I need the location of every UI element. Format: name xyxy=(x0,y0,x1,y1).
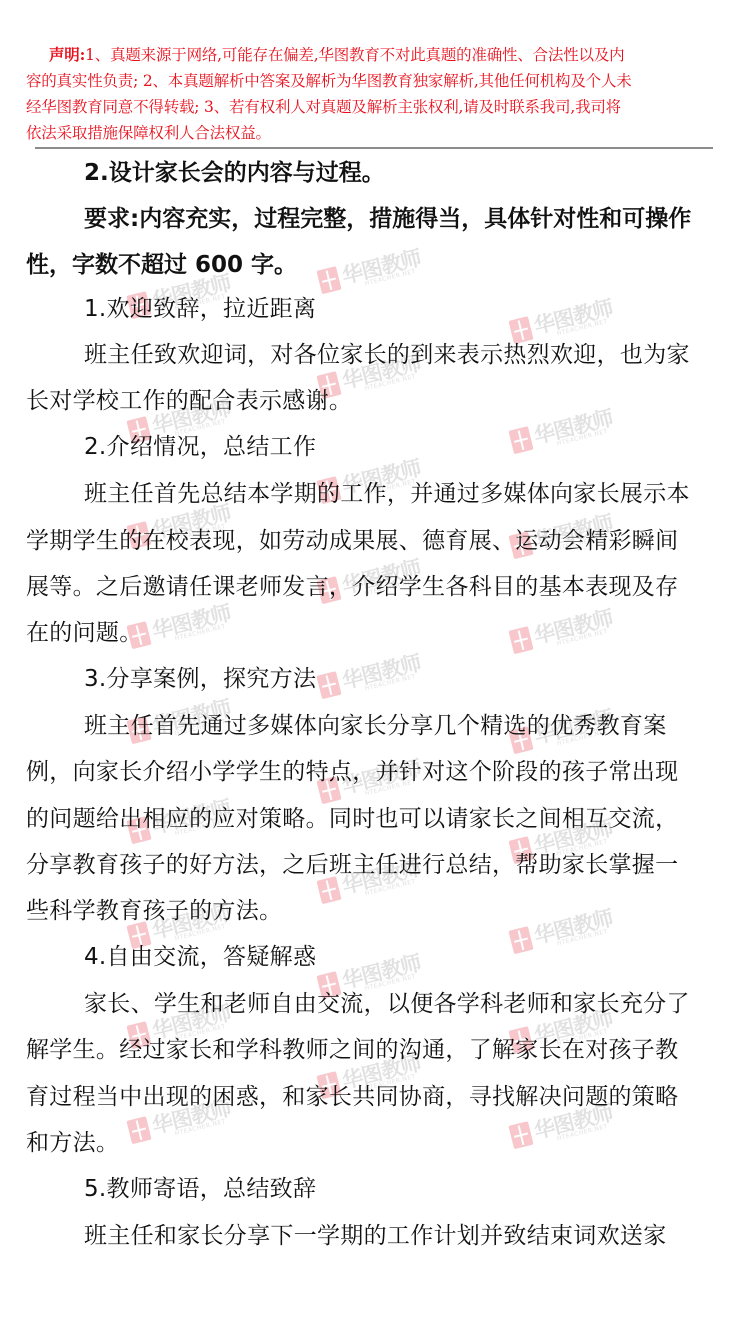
watermark-subtext: HTEACHER.NET xyxy=(364,878,416,897)
disclaimer-label: 声明: xyxy=(49,45,85,64)
paragraph-line: 分享教育孩子的好方法，之后班主任进行总结，帮助家长掌握一 xyxy=(26,850,678,880)
paragraph-line: 班主任和家长分享下一学期的工作计划并致结束词欢送家 xyxy=(84,1221,667,1251)
question-title: 2.设计家长会的内容与过程。 xyxy=(84,158,385,188)
paragraph-line: 些科学教育孩子的方法。 xyxy=(26,896,282,926)
paragraph-line: 班主任首先总结本学期的工作，并通过多媒体向家长展示本 xyxy=(84,479,690,509)
watermark-subtext: HTEACHER.NET xyxy=(556,928,608,947)
watermark: 华图教师HTEACHER.NET xyxy=(507,596,633,664)
watermark-text: 华图教师 xyxy=(149,597,234,645)
paragraph-line: 在的问题。 xyxy=(26,618,143,648)
paragraph-line: 家长、学生和老师自由交流，以便各学科老师和家长充分了 xyxy=(84,989,690,1019)
watermark-subtext: HTEACHER.NET xyxy=(364,373,416,392)
watermark: 华图教师HTEACHER.NET xyxy=(507,396,633,464)
watermark-logo-icon xyxy=(508,426,533,454)
watermark-logo-icon xyxy=(316,671,341,699)
watermark-subtext: HTEACHER.NET xyxy=(364,268,416,287)
watermark-text: 华图教师 xyxy=(531,292,616,340)
watermark-subtext: HTEACHER.NET xyxy=(556,628,608,647)
watermark-text: 华图教师 xyxy=(531,902,616,950)
paragraph-line: 班主任首先通过多媒体向家长分享几个精选的优秀教育案 xyxy=(84,711,667,741)
paragraph-line: 育过程当中出现的困惑，和家长共同协商，寻找解决问题的策略 xyxy=(26,1082,678,1112)
section-heading: 5.教师寄语，总结致辞 xyxy=(84,1174,316,1204)
watermark-text: 华图教师 xyxy=(531,402,616,450)
paragraph-line: 学期学生的在校表现，如劳动成果展、德育展、运动会精彩瞬间 xyxy=(26,526,678,556)
watermark: 华图教师HTEACHER.NET xyxy=(315,641,441,709)
disclaimer-line: 声明:1、真题来源于网络,可能存在偏差,华图教育不对此真题的准确性、合法性以及内 xyxy=(26,42,716,68)
watermark-text: 华图教师 xyxy=(339,242,424,290)
disclaimer-line: 容的真实性负责; 2、本真题解析中答案及解析为华图教育独家解析,其他任何机构及个… xyxy=(26,68,716,94)
paragraph-line: 展等。之后邀请任课老师发言，介绍学生各科目的基本表现及存 xyxy=(26,572,678,602)
paragraph-line: 例，向家长介绍小学学生的特点，并针对这个阶段的孩子常出现 xyxy=(26,757,678,787)
paragraph-line: 班主任致欢迎词，对各位家长的到来表示热烈欢迎，也为家 xyxy=(84,340,690,370)
watermark-logo-icon xyxy=(126,1116,151,1144)
section-heading: 1.欢迎致辞，拉近距离 xyxy=(84,294,316,324)
watermark-logo-icon xyxy=(316,876,341,904)
watermark-logo-icon xyxy=(508,926,533,954)
watermark-subtext: HTEACHER.NET xyxy=(174,1118,226,1137)
watermark: 华图教师HTEACHER.NET xyxy=(315,236,441,304)
paragraph-line: 解学生。经过家长和学科教师之间的沟通，了解家长在对孩子教 xyxy=(26,1035,678,1065)
watermark-logo-icon xyxy=(508,1121,533,1149)
question-requirement: 性，字数不超过 600 字。 xyxy=(26,250,297,280)
disclaimer: 声明:1、真题来源于网络,可能存在偏差,华图教育不对此真题的准确性、合法性以及内… xyxy=(26,42,716,146)
watermark-subtext: HTEACHER.NET xyxy=(364,673,416,692)
watermark-subtext: HTEACHER.NET xyxy=(556,428,608,447)
section-heading: 3.分享案例，探究方法 xyxy=(84,664,316,694)
watermark-text: 华图教师 xyxy=(339,647,424,695)
question-requirement: 要求:内容充实，过程完整，措施得当，具体针对性和可操作 xyxy=(84,204,691,234)
paragraph-line: 和方法。 xyxy=(26,1128,119,1158)
disclaimer-text: 1、真题来源于网络,可能存在偏差,华图教育不对此真题的准确性、合法性以及内 xyxy=(85,46,624,64)
disclaimer-line: 经华图教育同意不得转载; 3、若有权利人对真题及解析主张权利,请及时联系我司,我… xyxy=(26,94,716,120)
section-heading: 2.介绍情况，总结工作 xyxy=(84,432,316,462)
disclaimer-line: 依法采取措施保障权利人合法权益。 xyxy=(26,120,716,146)
section-heading: 4.自由交流，答疑解惑 xyxy=(84,942,316,972)
paragraph-line: 长对学校工作的配合表示感谢。 xyxy=(26,386,352,416)
watermark-logo-icon xyxy=(508,626,533,654)
watermark-text: 华图教师 xyxy=(531,602,616,650)
divider xyxy=(35,147,713,149)
watermark-logo-icon xyxy=(316,266,341,294)
paragraph-line: 的问题给出相应的应对策略。同时也可以请家长之间相互交流， xyxy=(26,804,678,834)
watermark: 华图教师HTEACHER.NET xyxy=(507,896,633,964)
watermark-subtext: HTEACHER.NET xyxy=(556,1123,608,1142)
watermark-subtext: HTEACHER.NET xyxy=(174,623,226,642)
document-page: 声明:1、真题来源于网络,可能存在偏差,华图教育不对此真题的准确性、合法性以及内… xyxy=(0,0,748,1335)
watermark-subtext: HTEACHER.NET xyxy=(556,318,608,337)
